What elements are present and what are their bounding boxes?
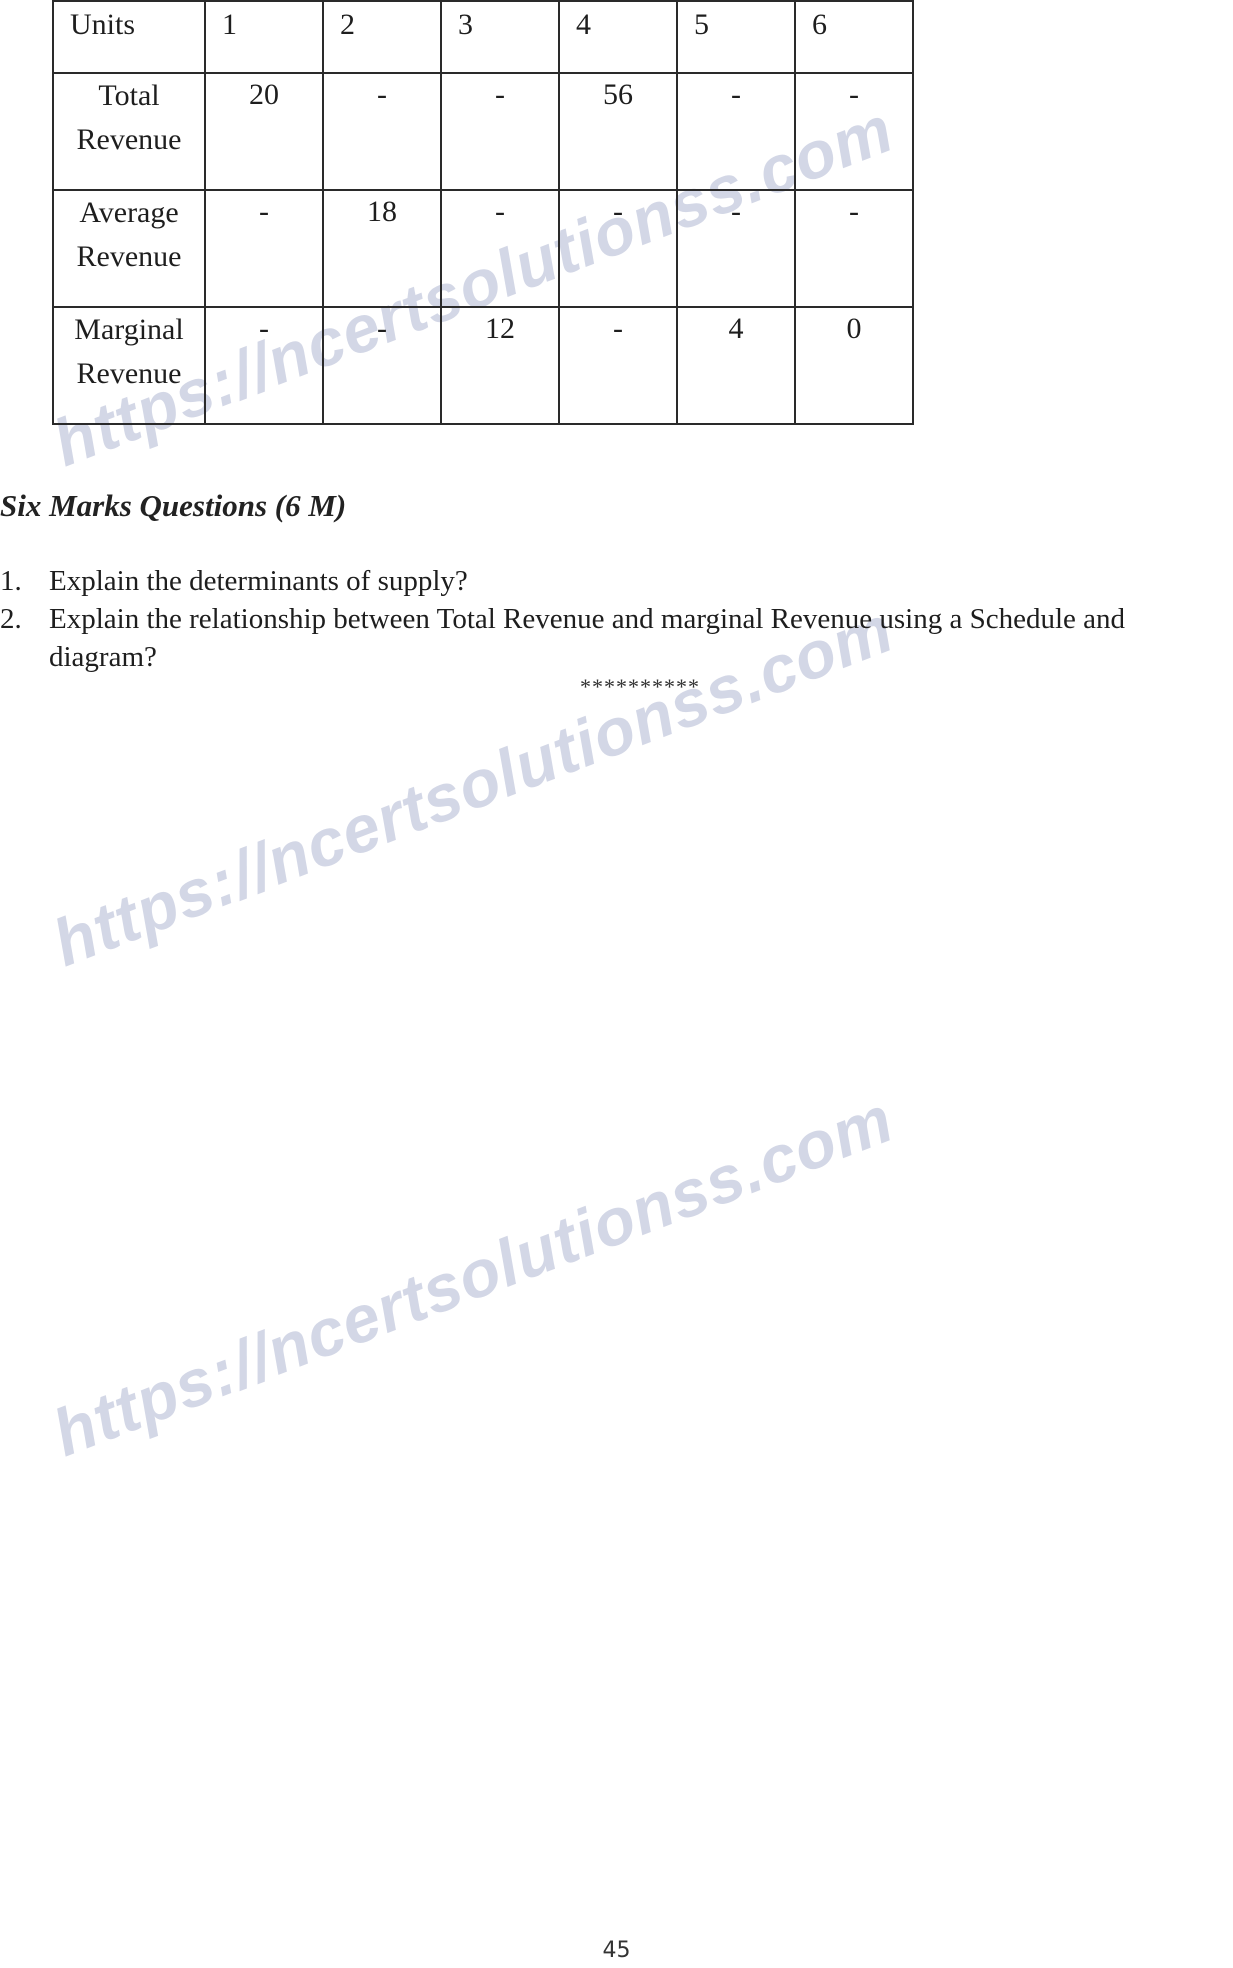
table-cell: - bbox=[205, 190, 323, 307]
unit-value: 1 bbox=[206, 2, 322, 46]
table-cell: - bbox=[677, 73, 795, 190]
cell-value: - bbox=[796, 74, 912, 116]
table-row-average-revenue: AverageRevenue - 18 - - - - bbox=[53, 190, 913, 307]
cell-value: 4 bbox=[678, 308, 794, 350]
unit-value: 3 bbox=[442, 2, 558, 46]
table-cell: 5 bbox=[677, 1, 795, 73]
cell-value: - bbox=[206, 308, 322, 350]
table-cell: - bbox=[323, 73, 441, 190]
cell-value: 56 bbox=[560, 74, 676, 116]
table-cell: MarginalRevenue bbox=[53, 307, 205, 424]
question-item: 1. Explain the determinants of supply? bbox=[0, 562, 1233, 600]
cell-value: 0 bbox=[796, 308, 912, 350]
table-cell: 6 bbox=[795, 1, 913, 73]
table-cell: - bbox=[441, 190, 559, 307]
unit-value: 6 bbox=[796, 2, 912, 46]
cell-value: - bbox=[206, 191, 322, 233]
table-row-marginal-revenue: MarginalRevenue - - 12 - 4 0 bbox=[53, 307, 913, 424]
table-cell: - bbox=[559, 190, 677, 307]
table-cell: - bbox=[323, 307, 441, 424]
table-cell: 18 bbox=[323, 190, 441, 307]
row-label: MarginalRevenue bbox=[54, 308, 204, 395]
cell-value: - bbox=[560, 308, 676, 350]
cell-value: - bbox=[678, 191, 794, 233]
table-cell: - bbox=[795, 190, 913, 307]
question-number: 2. bbox=[0, 600, 22, 638]
table-cell: 0 bbox=[795, 307, 913, 424]
table-cell: TotalRevenue bbox=[53, 73, 205, 190]
cell-value: - bbox=[324, 74, 440, 116]
row-label: AverageRevenue bbox=[54, 191, 204, 278]
table-cell: 4 bbox=[559, 1, 677, 73]
cell-value: 20 bbox=[206, 74, 322, 116]
table-cell: - bbox=[677, 190, 795, 307]
table-cell: 4 bbox=[677, 307, 795, 424]
table-cell: 12 bbox=[441, 307, 559, 424]
cell-value: - bbox=[560, 191, 676, 233]
cell-value: - bbox=[678, 74, 794, 116]
section-heading: Six Marks Questions (6 M) bbox=[0, 488, 346, 524]
cell-value: - bbox=[324, 308, 440, 350]
table-cell: 3 bbox=[441, 1, 559, 73]
table-cell: 2 bbox=[323, 1, 441, 73]
table-cell: - bbox=[205, 307, 323, 424]
cell-value: - bbox=[796, 191, 912, 233]
revenue-schedule-table: Units 1 2 3 4 5 6 TotalRevenue 20 - - 56… bbox=[52, 0, 914, 425]
question-item: 2. Explain the relationship between Tota… bbox=[0, 600, 1233, 676]
question-list: 1. Explain the determinants of supply? 2… bbox=[0, 562, 1233, 676]
cell-value: 12 bbox=[442, 308, 558, 350]
table-cell: 56 bbox=[559, 73, 677, 190]
table-cell: 20 bbox=[205, 73, 323, 190]
cell-value: 18 bbox=[324, 191, 440, 233]
table-header-row: Units 1 2 3 4 5 6 bbox=[53, 1, 913, 73]
question-text: Explain the relationship between Total R… bbox=[49, 603, 1125, 673]
end-marker: ********** bbox=[580, 674, 700, 700]
unit-value: 5 bbox=[678, 2, 794, 46]
table-cell: Units bbox=[53, 1, 205, 73]
cell-value: - bbox=[442, 74, 558, 116]
table-cell: - bbox=[559, 307, 677, 424]
table-cell: - bbox=[441, 73, 559, 190]
table-row-total-revenue: TotalRevenue 20 - - 56 - - bbox=[53, 73, 913, 190]
table-cell: AverageRevenue bbox=[53, 190, 205, 307]
unit-value: 2 bbox=[324, 2, 440, 46]
watermark-text: https://ncertsolutionss.com bbox=[43, 1080, 903, 1471]
unit-value: 4 bbox=[560, 2, 676, 46]
table-cell: - bbox=[795, 73, 913, 190]
table-cell: 1 bbox=[205, 1, 323, 73]
page-number: 45 bbox=[0, 1938, 1233, 1963]
question-text: Explain the determinants of supply? bbox=[49, 565, 468, 597]
question-number: 1. bbox=[0, 562, 22, 600]
cell-value: - bbox=[442, 191, 558, 233]
row-label: TotalRevenue bbox=[54, 74, 204, 161]
units-label: Units bbox=[54, 2, 204, 46]
